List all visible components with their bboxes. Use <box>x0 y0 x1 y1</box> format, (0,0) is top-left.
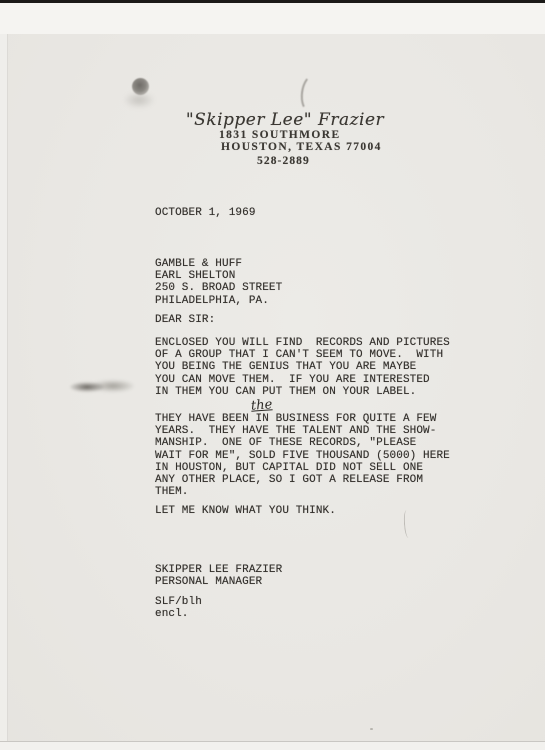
handwritten-insert-the: the <box>251 397 273 413</box>
letterhead-city: HOUSTON, TEXAS 77004 <box>221 141 382 153</box>
closing-line: LET ME KNOW WHAT YOU THINK. <box>155 505 336 517</box>
scanned-letter-screenshot: { "document_type": "scanned typewritten … <box>0 0 545 750</box>
letterhead-name: "Skipper Lee" Frazier <box>175 110 395 130</box>
page-left-edge <box>0 34 8 750</box>
signature-block: SKIPPER LEE FRAZIER PERSONAL MANAGER <box>155 564 282 588</box>
scanner-background-bottom <box>0 741 545 750</box>
ink-smudge <box>70 379 134 396</box>
body-paragraph-1: ENCLOSED YOU WILL FIND RECORDS AND PICTU… <box>155 337 465 398</box>
paper-speck <box>370 728 373 730</box>
hole-punch-smear <box>124 92 154 108</box>
letterhead-phone: 528-2889 <box>257 155 310 167</box>
body-paragraph-2: THEY HAVE BEEN IN BUSINESS FOR QUITE A F… <box>155 413 465 498</box>
salutation: DEAR SIR: <box>155 314 215 326</box>
scanner-background-top <box>0 3 545 35</box>
recipient-address-block: GAMBLE & HUFF EARL SHELTON 250 S. BROAD … <box>155 258 282 307</box>
letter-page: "Skipper Lee" Frazier 1831 SOUTHMORE HOU… <box>0 34 545 741</box>
stray-pen-squiggle <box>403 510 412 538</box>
letterhead-street: 1831 SOUTHMORE <box>219 129 341 141</box>
letter-date: OCTOBER 1, 1969 <box>155 207 256 219</box>
reference-initials-block: SLF/blh encl. <box>155 596 202 620</box>
pen-crescent-mark <box>299 74 323 113</box>
ink-smudge-light <box>92 380 134 392</box>
